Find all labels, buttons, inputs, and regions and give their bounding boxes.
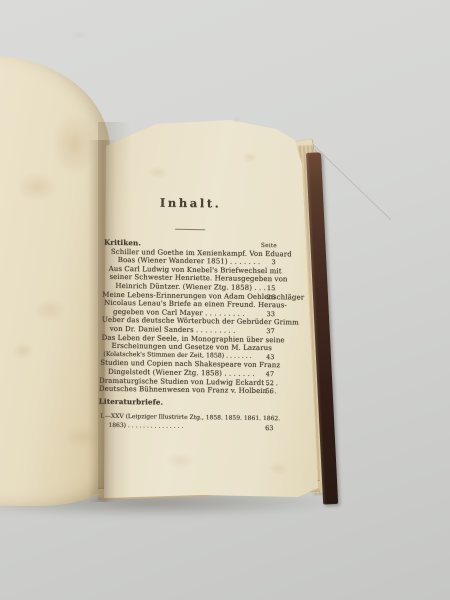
page-number: 15 — [267, 284, 276, 293]
page-number: 3 — [271, 258, 275, 267]
photo-backdrop: Inhalt. Kritiken. Seite Schiller und Goe… — [0, 0, 450, 600]
section-header: Literaturbriefe. — [99, 396, 163, 406]
toc-text-block: Inhalt. Kritiken. Seite Schiller und Goe… — [98, 195, 279, 433]
toc-list: Kritiken. Seite Schiller und Goethe im X… — [98, 239, 279, 433]
section-header-row: Literaturbriefe. — [99, 397, 277, 408]
title-divider — [175, 229, 205, 230]
section-header: Kritiken. — [101, 238, 141, 248]
toc-line: Deutsches Bühnenwesen von Franz v. Holbe… — [99, 385, 277, 396]
page-title: Inhalt. — [101, 195, 279, 211]
page-number: 37 — [266, 327, 275, 336]
backdrop-mark — [70, 30, 88, 40]
page-number: 52 — [265, 379, 274, 388]
page-number: 63 — [265, 424, 273, 433]
page-number: 47 — [266, 370, 275, 379]
page-number: 26 — [267, 293, 276, 302]
page-number: 56 — [265, 387, 274, 396]
